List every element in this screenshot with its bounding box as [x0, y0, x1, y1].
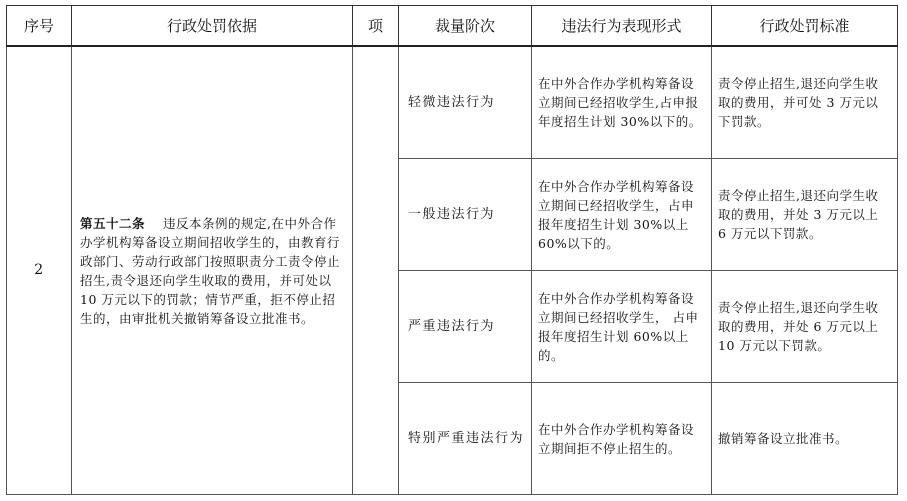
header-item: 项	[353, 6, 399, 47]
penalty-standard-cell: 责令停止招生,退还向学生收取的费用，并处 6 万元以上 10 万元以下罚款。	[712, 271, 898, 383]
article-text: 违反本条例的规定,在中外合作办学机构筹备设立期间招收学生的，由教育行政部门、劳动…	[80, 216, 340, 326]
violation-form-cell: 在中外合作办学机构筹备设立期间已经招收学生，占申报年度招生计划 30%以上 60…	[532, 159, 712, 271]
table-row: 2 第五十二条违反本条例的规定,在中外合作办学机构筹备设立期间招收学生的，由教育…	[7, 46, 898, 159]
article-number: 第五十二条	[80, 216, 145, 231]
penalty-basis-cell: 第五十二条违反本条例的规定,在中外合作办学机构筹备设立期间招收学生的，由教育行政…	[72, 46, 353, 495]
discretion-level-cell: 轻微违法行为	[399, 46, 532, 159]
serial-number-cell: 2	[7, 46, 72, 495]
discretion-level-cell: 特别严重违法行为	[399, 383, 532, 495]
penalty-standard-cell: 责令停止招生,退还向学生收取的费用，并可处 3 万元以下罚款。	[712, 46, 898, 159]
violation-form-cell: 在中外合作办学机构筹备设立期间拒不停止招生的。	[532, 383, 712, 495]
discretion-level-cell: 严重违法行为	[399, 271, 532, 383]
header-discretion-level: 裁量阶次	[399, 6, 532, 47]
header-violation-form: 违法行为表现形式	[532, 6, 712, 47]
header-serial-number: 序号	[7, 6, 72, 47]
penalty-standards-table: 序号 行政处罚依据 项 裁量阶次 违法行为表现形式 行政处罚标准 2 第五十二条…	[6, 5, 898, 495]
discretion-level-cell: 一般违法行为	[399, 159, 532, 271]
header-penalty-basis: 行政处罚依据	[72, 6, 353, 47]
violation-form-cell: 在中外合作办学机构筹备设立期间已经招收学生， 占申报年度招生计划 60%以上的。	[532, 271, 712, 383]
penalty-standard-cell: 责令停止招生,退还向学生收取的费用，并处 3 万元以上 6 万元以下罚款。	[712, 159, 898, 271]
header-row: 序号 行政处罚依据 项 裁量阶次 违法行为表现形式 行政处罚标准	[7, 6, 898, 47]
header-penalty-standard: 行政处罚标准	[712, 6, 898, 47]
violation-form-cell: 在中外合作办学机构筹备设立期间已经招收学生,占申报年度招生计划 30%以下的。	[532, 46, 712, 159]
item-cell	[353, 46, 399, 495]
penalty-standard-cell: 撤销筹备设立批准书。	[712, 383, 898, 495]
